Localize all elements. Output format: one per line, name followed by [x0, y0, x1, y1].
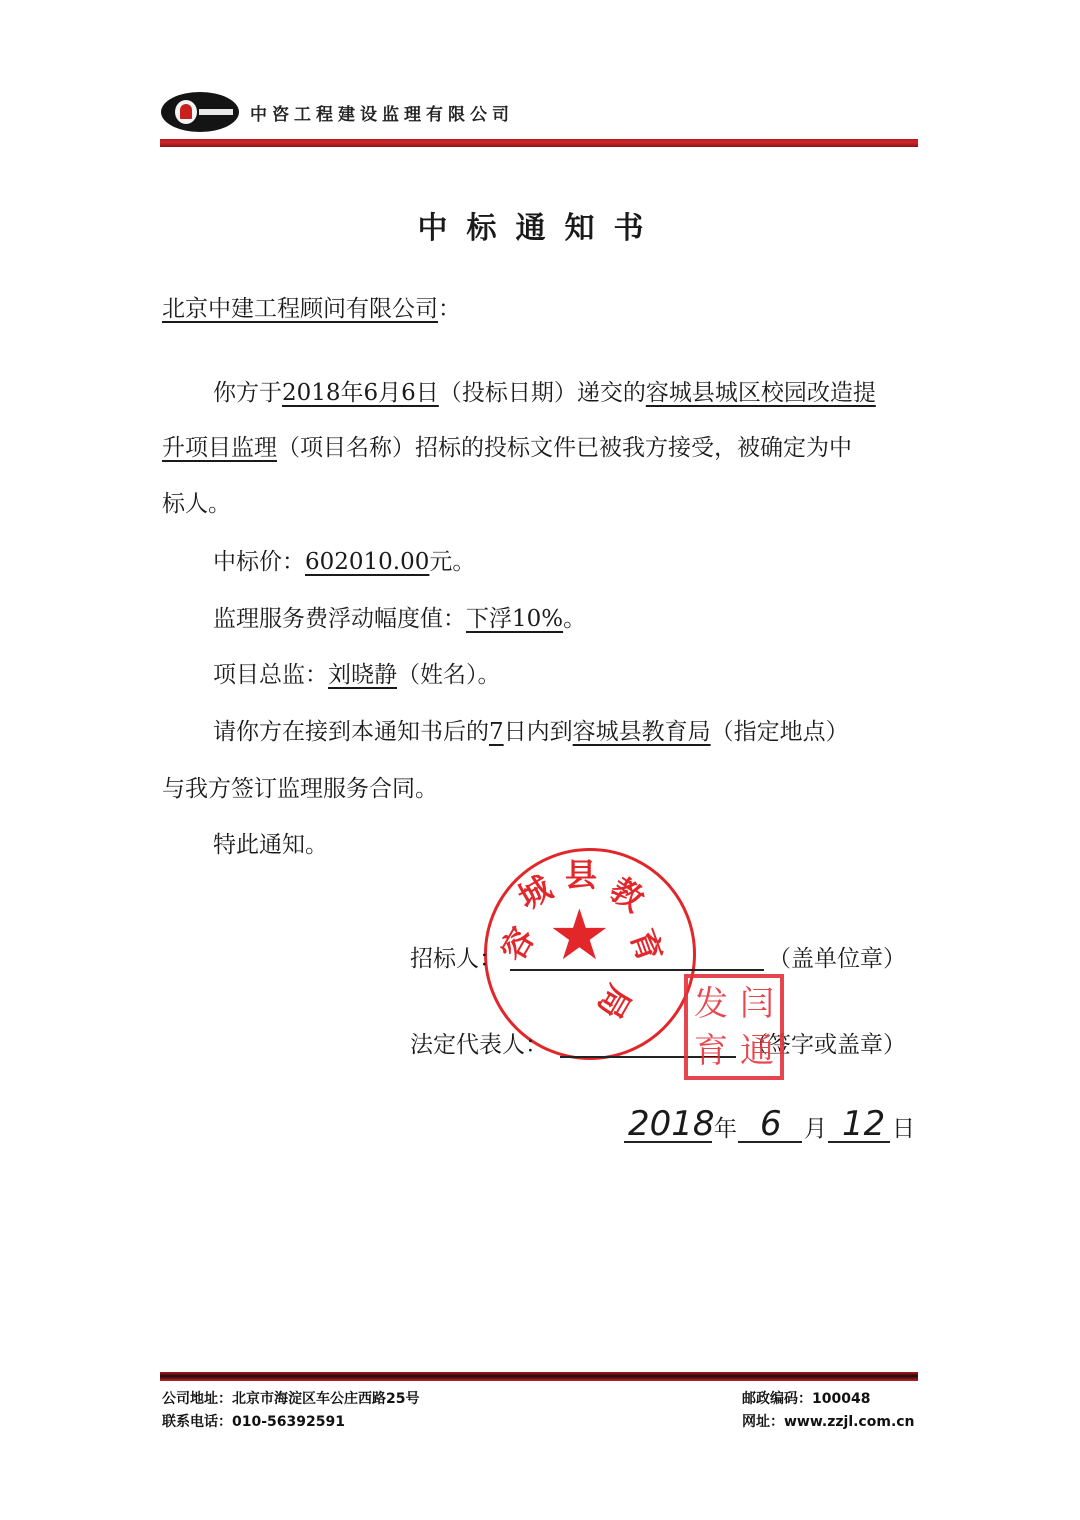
chief-supervisor-name: 刘晓静: [328, 662, 397, 688]
addressee: 北京中建工程顾问有限公司：: [162, 298, 461, 321]
month-label: 月: [804, 1118, 827, 1141]
fee-float-line: 监理服务费浮动幅度值：下浮10%。: [213, 608, 586, 631]
tenderer-label: 招标人：: [410, 948, 502, 971]
paragraph-1-line-2: 升项目监理（项目名称）招标的投标文件已被我方接受，被确定为中: [162, 437, 852, 460]
addressee-colon: ：: [438, 296, 461, 322]
company-address: 公司地址：北京市海淀区车公庄西路25号: [162, 1388, 419, 1408]
bid-price-value: 602010.00: [305, 549, 429, 575]
days-value: 7: [489, 719, 504, 745]
bid-price-label: 中标价：: [213, 549, 305, 575]
day-label: 日: [892, 1118, 915, 1141]
month-handwritten: 6: [760, 1104, 782, 1144]
year-label: 年: [714, 1118, 737, 1141]
addressee-name: 北京中建工程顾问有限公司: [162, 296, 438, 322]
text: （姓名）。: [397, 662, 501, 688]
year-handwritten: 2018: [628, 1104, 715, 1144]
seal-char: 育: [688, 1029, 734, 1076]
seal-char: 闫: [734, 982, 780, 1029]
postcode: 邮政编码：100048: [742, 1388, 870, 1408]
personal-seal-stamp: 发 闫 育 通: [684, 974, 784, 1080]
closing: 特此通知。: [213, 834, 328, 857]
chief-supervisor-label: 项目总监：: [213, 662, 328, 688]
project-name: 容城县城区校园改造提: [646, 380, 876, 406]
seal-char: 发: [688, 982, 734, 1029]
location-value: 容城县教育局: [573, 719, 711, 745]
stamp-char: 县: [565, 850, 597, 896]
company-logo: [161, 92, 239, 132]
fee-float-label: 监理服务费浮动幅度值：: [213, 606, 466, 632]
document-title: 中标通知书: [0, 203, 1080, 247]
text: （项目名称）招标的投标文件已被我方接受，被确定为中: [277, 435, 852, 461]
bell-icon: [175, 100, 197, 124]
text: 。: [563, 606, 586, 632]
instruction-line-1: 请你方在接到本通知书后的7日内到容城县教育局（指定地点）: [213, 721, 849, 744]
star-icon: ★: [548, 900, 611, 970]
chief-supervisor-line: 项目总监：刘晓静（姓名）。: [213, 664, 501, 687]
seal-char: 通: [734, 1029, 780, 1076]
text: 你方于: [213, 380, 282, 406]
paragraph-1-line-1: 你方于2018年6月6日（投标日期）递交的容城县城区校园改造提: [213, 382, 876, 405]
text: 请你方在接到本通知书后的: [213, 719, 489, 745]
text: （指定地点）: [711, 719, 849, 745]
footer-divider: [160, 1372, 918, 1381]
instruction-line-2: 与我方签订监理服务合同。: [162, 778, 438, 801]
tenderer-signature-line: [510, 969, 764, 971]
logo-bar: [199, 109, 233, 115]
header-divider: [160, 139, 918, 147]
paragraph-1-line-3: 标人。: [162, 493, 231, 516]
project-name-cont: 升项目监理: [162, 435, 277, 461]
fee-float-value: 下浮10%: [466, 606, 563, 632]
company-phone: 联系电话：010-56392591: [162, 1411, 345, 1431]
day-handwritten: 12: [842, 1104, 885, 1144]
text: （投标日期）递交的: [439, 380, 646, 406]
tenderer-note: （盖单位章）: [768, 948, 906, 971]
company-name: 中咨工程建设监理有限公司: [250, 100, 514, 125]
text: 日内到: [504, 719, 573, 745]
legal-rep-label: 法定代表人：: [410, 1034, 548, 1057]
bid-date: 2018年6月6日: [282, 380, 439, 406]
bid-price-line: 中标价：602010.00元。: [213, 551, 475, 574]
website: 网址：www.zzjl.com.cn: [742, 1411, 915, 1431]
text: 元。: [429, 549, 475, 575]
